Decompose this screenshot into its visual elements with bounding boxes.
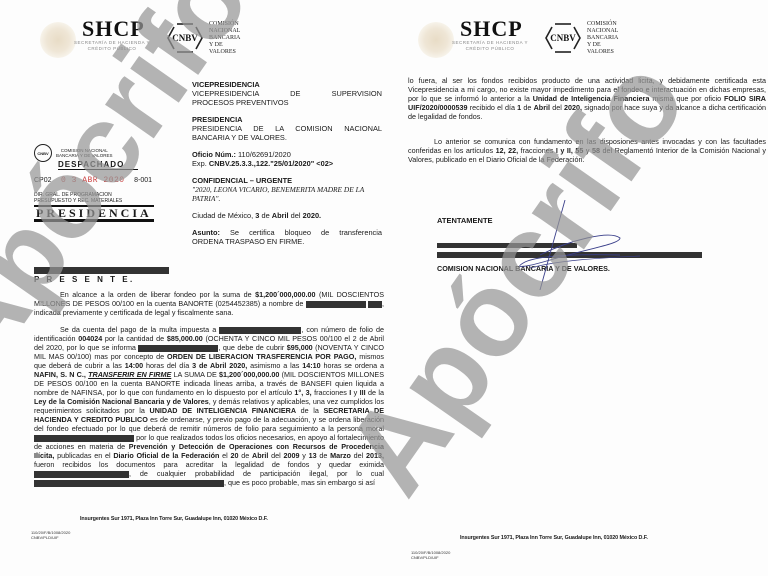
reference-code: 110/20/F/B/1008/2020 CNBV/PLD/UIF <box>31 530 70 540</box>
paragraph-3: lo fuera, al ser los fondos recibidos pr… <box>408 76 766 121</box>
paragraph-4: Lo anterior se comunica con fundamento e… <box>408 137 766 164</box>
redacted-recipient <box>34 267 169 274</box>
cnbv-logo: CNBV COMISIÓN NACIONAL BANCARIA Y DE VAL… <box>165 20 240 56</box>
document-header: VICEPRESIDENCIA VICEPRESIDENCIA DE SUPER… <box>192 80 382 254</box>
document-page-1: SHCP SECRETARÍA DE HACIENDA Y CRÉDITO PÚ… <box>0 0 384 576</box>
letter-body-left: P R E S E N T E. En alcance a la orden d… <box>34 265 384 495</box>
reference-code: 110/20/F/B/1008/2020 CNBV/PLD/UIF <box>411 550 450 560</box>
redacted-signer <box>437 243 702 258</box>
cnbv-hexagon-icon: CNBV <box>165 20 205 56</box>
document-page-2: SHCP SECRETARÍA DE HACIENDA Y CRÉDITO PÚ… <box>384 0 768 576</box>
footer-address: Insurgentes Sur 1971, Plaza Inn Torre Su… <box>80 516 268 522</box>
paragraph-1: En alcance a la orden de liberar fondeo … <box>34 290 384 317</box>
svg-text:CNBV: CNBV <box>172 33 198 43</box>
despachado-stamp: CNBV COMISION NACIONAL BANCARIA Y DE VAL… <box>34 144 152 222</box>
closing-atentamente: ATENTAMENTE <box>437 216 493 225</box>
subject: Asunto: Se certifica bloqueo de transfer… <box>192 228 382 246</box>
document-date: Ciudad de México, 3 de Abril del 2020. <box>192 211 382 220</box>
shcp-logo: SHCP SECRETARÍA DE HACIENDA Y CRÉDITO PÚ… <box>460 18 530 52</box>
cnbv-logo: CNBV COMISIÓN NACIONAL BANCARIA Y DE VAL… <box>543 20 618 56</box>
stamp-date: 0 3 ABR 2020 <box>61 176 125 185</box>
svg-text:CNBV: CNBV <box>550 33 576 43</box>
shcp-logo: SHCP SECRETARÍA DE HACIENDA Y CRÉDITO PÚ… <box>82 18 152 52</box>
signer-organization: COMISION NACIONAL BANCARIA Y DE VALORES. <box>437 264 610 273</box>
paragraph-2: Se da cuenta del pago de la multa impues… <box>34 325 384 487</box>
mexico-seal-icon <box>40 22 76 58</box>
redacted-name <box>306 301 366 308</box>
footer-address: Insurgentes Sur 1971, Plaza Inn Torre Su… <box>460 535 648 541</box>
cnbv-stamp-icon: CNBV <box>34 144 52 162</box>
cnbv-hexagon-icon: CNBV <box>543 20 583 56</box>
letter-body-right: lo fuera, al ser los fondos recibidos pr… <box>408 76 766 172</box>
oficio-number: Oficio Núm.: 110/62691/2020 Exp. CNBV.25… <box>192 150 382 168</box>
mexico-seal-icon <box>418 22 454 58</box>
